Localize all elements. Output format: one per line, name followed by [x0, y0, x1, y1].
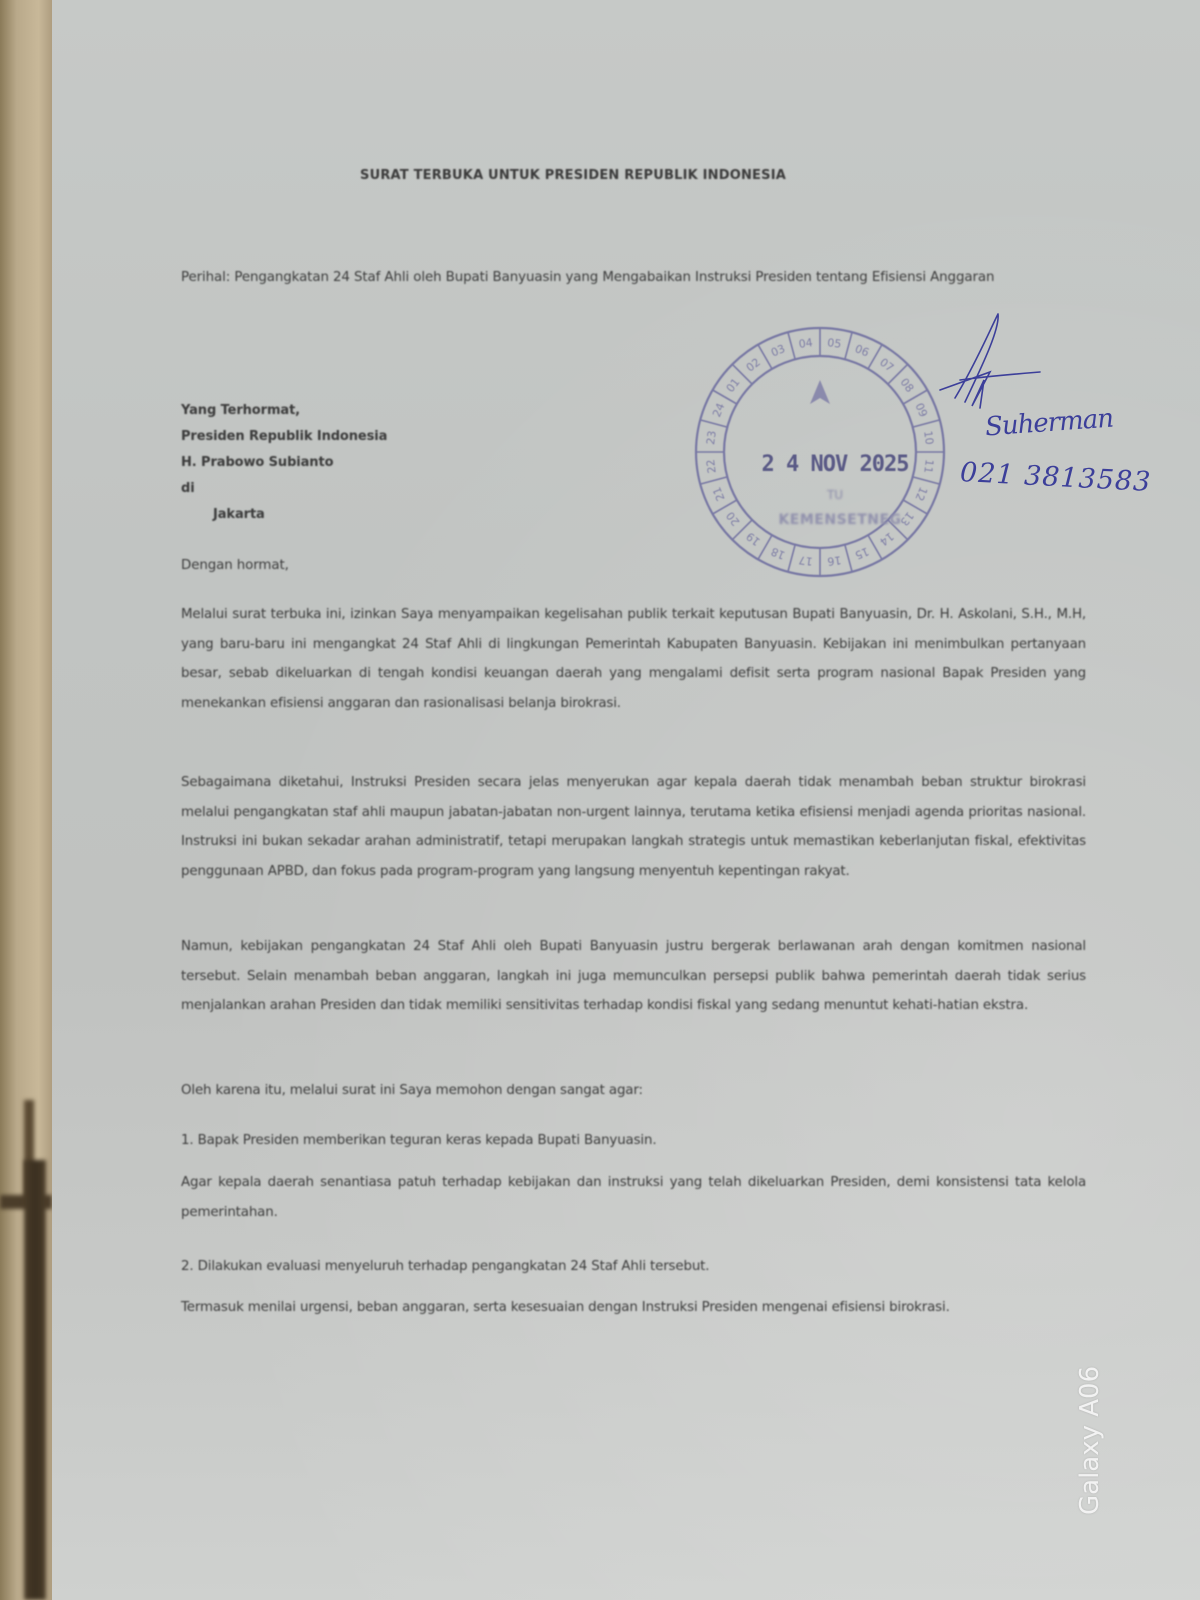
- addressee-line: Yang Terhormat,: [181, 398, 387, 424]
- svg-text:06: 06: [853, 342, 871, 359]
- paragraph: Melalui surat terbuka ini, izinkan Saya …: [181, 600, 1086, 718]
- greeting: Dengan hormat,: [181, 558, 289, 573]
- svg-text:02: 02: [744, 356, 763, 375]
- svg-text:08: 08: [897, 376, 916, 395]
- svg-text:07: 07: [877, 356, 896, 375]
- paragraph: Sebagaimana diketahui, Instruksi Preside…: [181, 768, 1086, 886]
- addressee-line: H. Prabowo Subianto: [181, 450, 387, 476]
- svg-text:03: 03: [769, 342, 787, 359]
- svg-text:01: 01: [724, 376, 743, 395]
- addressee-line: Jakarta: [181, 502, 387, 528]
- stamp-date: 2 4 NOV 2025: [750, 452, 920, 477]
- paragraph: Agar kepala daerah senantiasa patuh terh…: [181, 1168, 1086, 1227]
- svg-text:23: 23: [704, 430, 719, 446]
- svg-text:20: 20: [724, 509, 743, 528]
- paragraph: Oleh karena itu, melalui surat ini Saya …: [181, 1076, 1086, 1106]
- svg-text:21: 21: [710, 485, 727, 503]
- door-frame-groove: [24, 1160, 46, 1600]
- svg-text:12: 12: [912, 485, 929, 503]
- svg-text:15: 15: [853, 544, 871, 561]
- letter-subject: Perihal: Pengangkatan 24 Staf Ahli oleh …: [181, 264, 1086, 292]
- svg-text:10: 10: [921, 430, 936, 446]
- stamp-organization: KEMENSETNEG: [765, 512, 915, 528]
- svg-text:19: 19: [744, 529, 763, 548]
- request-item: 1. Bapak Presiden memberikan teguran ker…: [181, 1126, 1086, 1156]
- paragraph: Termasuk menilai urgensi, beban anggaran…: [181, 1293, 1086, 1323]
- svg-text:05: 05: [827, 336, 843, 351]
- addressee-line: Presiden Republik Indonesia: [181, 424, 387, 450]
- svg-text:22: 22: [704, 459, 719, 475]
- svg-text:16: 16: [827, 553, 843, 568]
- paragraph: Namun, kebijakan pengangkatan 24 Staf Ah…: [181, 932, 1086, 1021]
- request-item: 2. Dilakukan evaluasi menyeluruh terhada…: [181, 1252, 1086, 1282]
- addressee-line: di: [181, 476, 387, 502]
- svg-text:04: 04: [798, 336, 814, 351]
- addressee-block: Yang Terhormat, Presiden Republik Indone…: [181, 398, 387, 528]
- svg-text:17: 17: [798, 553, 814, 568]
- stamp-arrow-icon: [810, 380, 830, 404]
- camera-watermark: Galaxy A06: [1075, 1355, 1105, 1515]
- stamp-unit: TU: [815, 488, 855, 502]
- svg-text:18: 18: [769, 544, 787, 561]
- letter-title: SURAT TERBUKA UNTUK PRESIDEN REPUBLIK IN…: [360, 168, 786, 183]
- svg-text:14: 14: [877, 529, 896, 548]
- svg-text:24: 24: [710, 401, 727, 419]
- svg-text:11: 11: [921, 459, 936, 475]
